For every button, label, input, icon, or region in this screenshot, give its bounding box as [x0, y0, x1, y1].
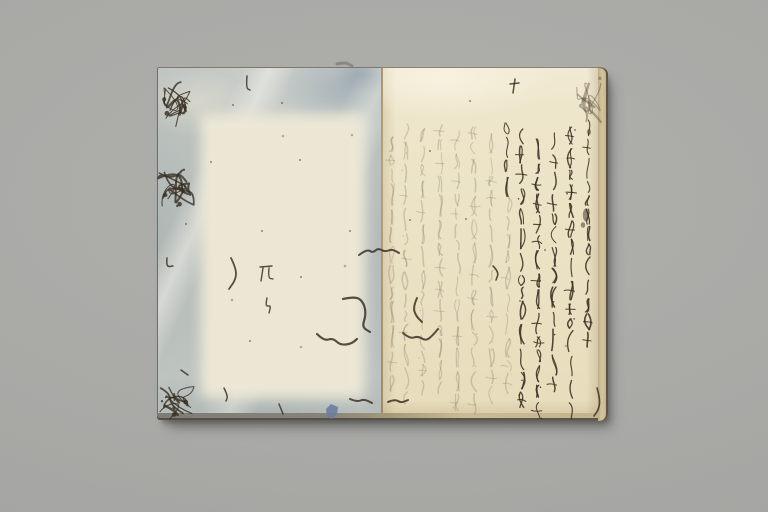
manuscript-book [157, 67, 608, 420]
left-page-inside-cover [157, 67, 383, 414]
fore-edge-right [598, 67, 608, 421]
center-fold-gutter [381, 67, 383, 413]
photo-scene [0, 0, 768, 512]
fore-edge-bottom [157, 413, 598, 420]
right-page-calligraphy [382, 67, 598, 414]
paste-down-patch [201, 114, 364, 398]
